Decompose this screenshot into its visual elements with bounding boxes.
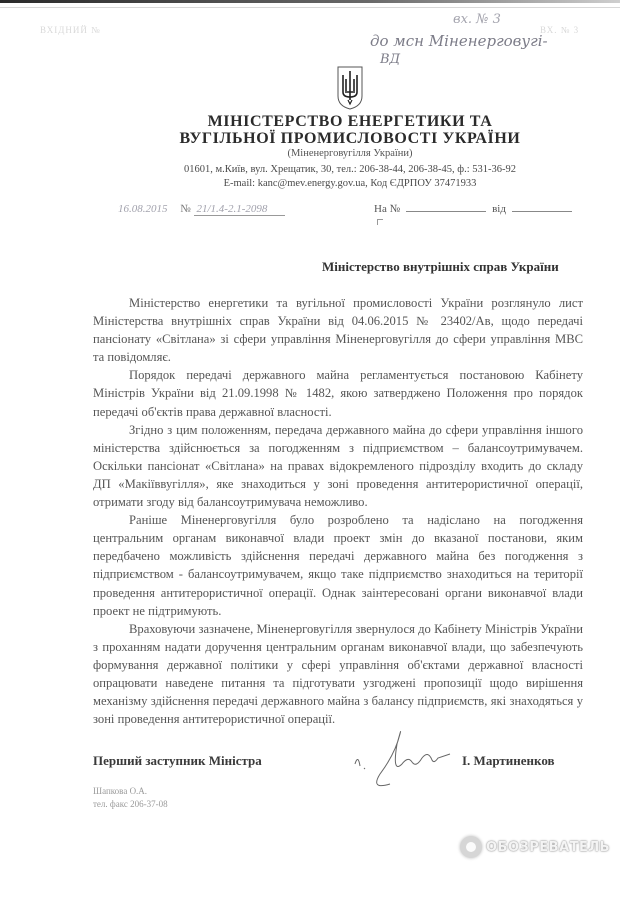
ministry-address: 01601, м.Київ, вул. Хрещатик, 30, тел.: … [150, 164, 550, 175]
scan-top-edge [0, 0, 620, 3]
ministry-title-line-2: ВУГІЛЬНОЇ ПРОМИСЛОВОСТІ УКРАЇНИ [150, 130, 550, 147]
body-paragraph: Порядок передачі державного майна реглам… [93, 366, 583, 420]
handwritten-note-3: ВД [380, 52, 400, 67]
body-paragraph: Враховуючи зазначене, Міненерговугілля з… [93, 620, 583, 729]
incoming-ref-label: На № [374, 203, 400, 215]
address-corner-mark [377, 219, 383, 225]
coat-of-arms-icon [337, 66, 363, 110]
globe-icon [460, 836, 482, 858]
signatory-name: І. Мартиненков [462, 753, 555, 769]
incoming-date-blank [512, 211, 572, 212]
body-paragraph: Згідно з цим положенням, передача держав… [93, 421, 583, 511]
handwritten-signature-icon [350, 724, 460, 794]
executor-name: Шапкова О.А. [93, 786, 147, 796]
outgoing-number-label: № [180, 203, 191, 215]
letter-body: Міністерство енергетики та вугільної про… [93, 294, 583, 728]
incoming-reference: На №від [374, 203, 578, 215]
body-paragraph: Міністерство енергетики та вугільної про… [93, 294, 583, 366]
ministry-title-line-1: МІНІСТЕРСТВО ЕНЕРГЕТИКИ ТА [150, 113, 550, 130]
faint-stamp-left: ВХІДНИЙ № [40, 25, 101, 35]
outgoing-date: 16.08.2015 [118, 203, 168, 215]
ministry-title: МІНІСТЕРСТВО ЕНЕРГЕТИКИ ТА ВУГІЛЬНОЇ ПРО… [150, 113, 550, 147]
handwritten-note-1: вх. № 3 [453, 12, 501, 27]
signatory-position: Перший заступник Міністра [93, 753, 262, 769]
outgoing-registration: 16.08.2015 № 21/1.4-2.1-2098 [118, 203, 285, 215]
incoming-ref-blank [406, 211, 486, 212]
executor-phone: тел. факс 206-37-08 [93, 799, 168, 809]
incoming-from-label: від [492, 203, 506, 215]
addressee: Міністерство внутрішніх справ України [322, 259, 559, 275]
ministry-contacts: E-mail: kanc@mev.energy.gov.ua, Код ЄДРП… [150, 178, 550, 189]
obozrevatel-watermark: ОБОЗРЕВАТЕЛЬ [460, 836, 610, 858]
handwritten-note-2: до мсн Міненерговугі- [370, 32, 548, 50]
watermark-text: ОБОЗРЕВАТЕЛЬ [486, 840, 610, 855]
scan-top-line [0, 7, 620, 8]
ministry-short-name: (Міненерговугілля України) [150, 148, 550, 159]
outgoing-number: 21/1.4-2.1-2098 [194, 203, 286, 216]
body-paragraph: Раніше Міненерговугілля було розроблено … [93, 511, 583, 620]
